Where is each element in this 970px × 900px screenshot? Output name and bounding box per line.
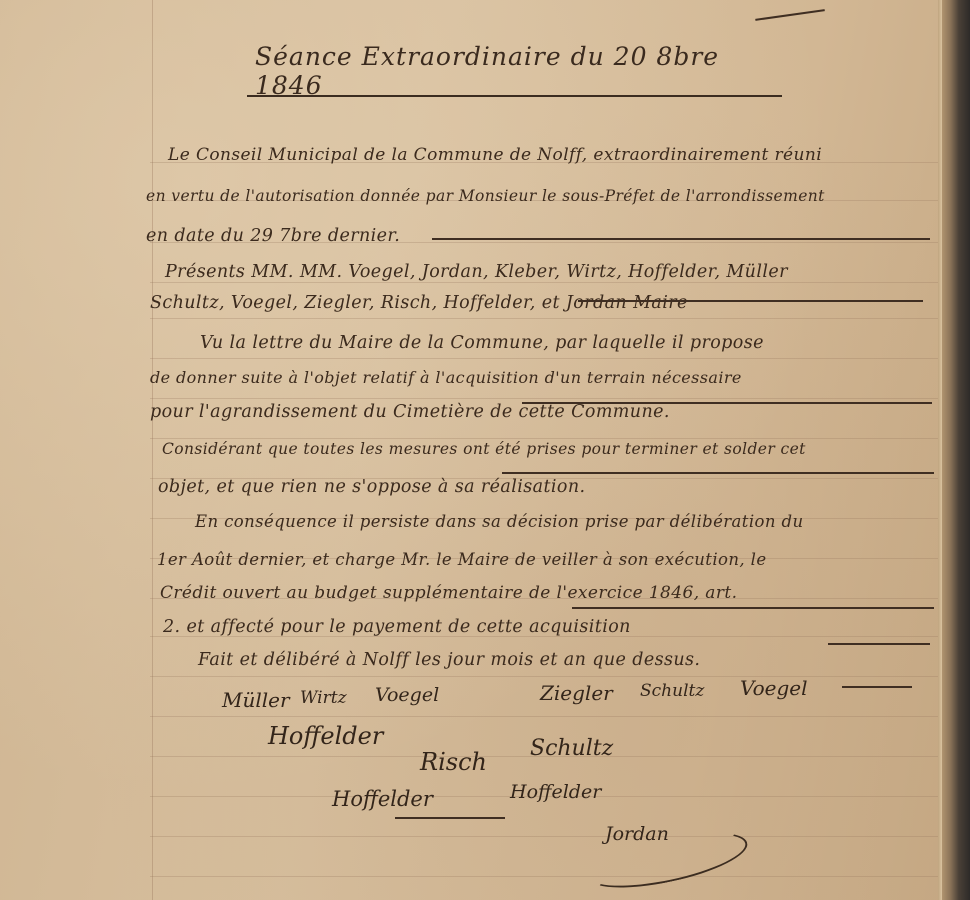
signature: Wirtz [300,688,347,708]
body-line: Présents MM. MM. Voegel, Jordan, Kleber,… [165,262,788,282]
ruled-line [150,358,940,359]
body-line: En conséquence il persiste dans sa décis… [195,512,804,531]
body-line: objet, et que rien ne s'oppose à sa réal… [158,477,585,497]
ruled-line [150,836,940,837]
ruled-line [150,398,940,399]
body-line: Schultz, Voegel, Ziegler, Risch, Hoffeld… [150,293,688,313]
signature: Voegel [740,676,808,700]
ink-flourish [755,9,825,20]
ruled-line [150,676,940,677]
body-line: de donner suite à l'objet relatif à l'ac… [150,368,742,387]
line-filler-dash [502,472,934,474]
body-line: en date du 29 7bre dernier. [146,226,400,246]
signature: Voegel [375,684,439,706]
body-line: en vertu de l'autorisation donnée par Mo… [146,187,825,205]
ink-flourish [395,817,505,819]
signature: Schultz [640,681,704,701]
body-line: Considérant que toutes les mesures ont é… [162,440,806,458]
line-filler-dash [432,238,930,240]
ruled-line [150,282,940,283]
line-filler-dash [828,643,930,645]
ruled-line [150,318,940,319]
line-filler-dash [522,402,932,404]
signature: Ziegler [540,681,613,705]
body-line: 1er Août dernier, et charge Mr. le Maire… [157,550,767,569]
title-underline [247,95,782,97]
margin-line [152,0,153,900]
signature: Hoffelder [332,787,433,811]
ruled-line [150,876,940,877]
signature: Hoffelder [510,781,601,803]
body-line: Crédit ouvert au budget supplémentaire d… [160,583,737,603]
manuscript-page: Séance Extraordinaire du 20 8bre 1846 Le… [0,0,945,900]
signature: Müller [222,688,290,712]
body-line: Fait et délibéré à Nolff les jour mois e… [198,650,700,670]
body-line: Le Conseil Municipal de la Commune de No… [168,145,822,165]
ruled-line [150,716,940,717]
body-line: pour l'agrandissement du Cimetière de ce… [150,402,670,422]
signature: Schultz [530,736,613,761]
ruled-line [150,438,940,439]
signature: Hoffelder [268,722,383,750]
signature: Risch [420,748,487,776]
book-spine [942,0,970,900]
ink-flourish [842,686,912,688]
line-filler-dash [578,300,923,302]
body-line: Vu la lettre du Maire de la Commune, par… [200,333,764,353]
page-title: Séance Extraordinaire du 20 8bre 1846 [255,42,775,100]
body-line: 2. et affecté pour le payement de cette … [163,617,631,637]
line-filler-dash [572,607,934,609]
